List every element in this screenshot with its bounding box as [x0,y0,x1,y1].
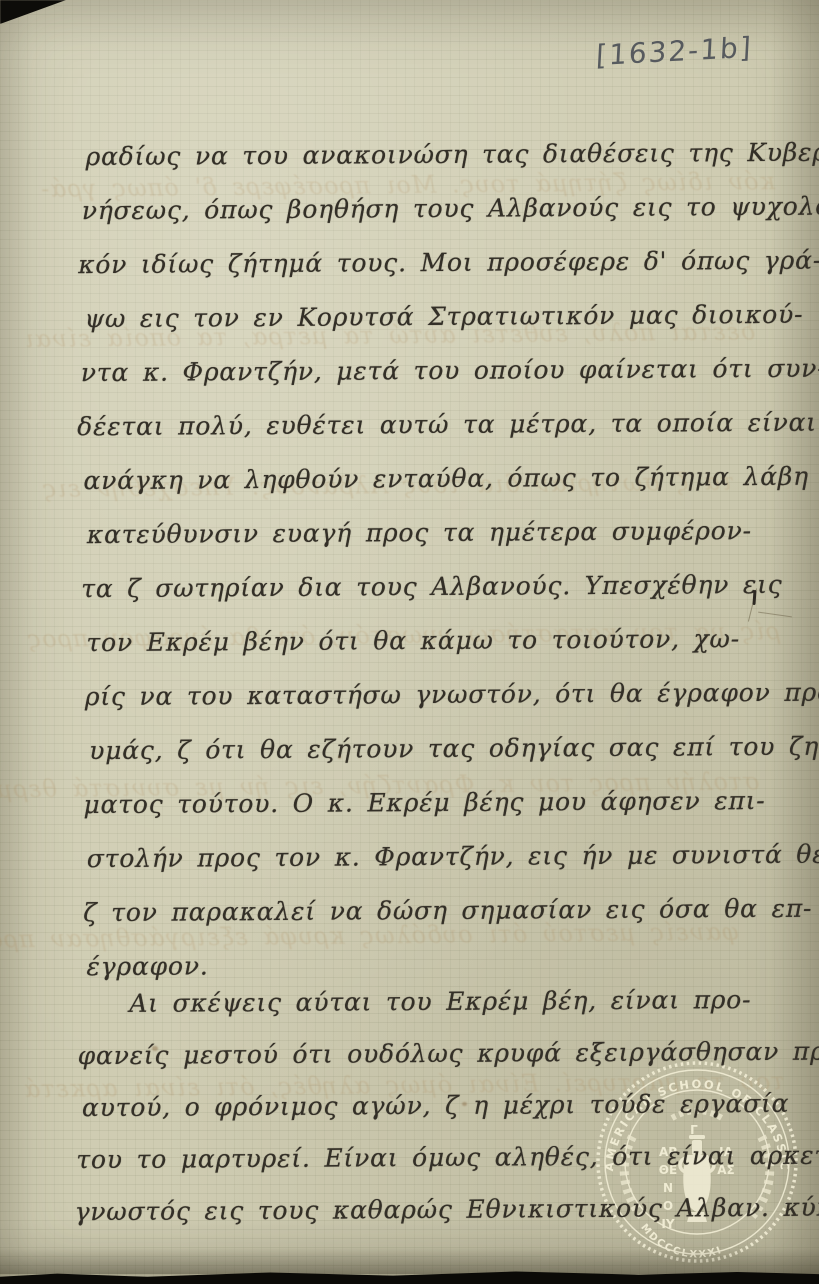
handwritten-line: Αι σκέψεις αύται του Εκρέμ βέη, είναι πρ… [129,974,783,1030]
handwritten-line: κόν ιδίως ζήτημά τους. Μοι προσέφερε δ' … [78,234,782,292]
archive-number: [1632-1b] [595,29,786,72]
handwritten-line: κατεύθυνσιν ευαγή προς τα ημέτερα συμφέρ… [87,504,784,562]
handwritten-line: στολήν προς τον κ. Φραντζήν, εις ήν με σ… [87,828,786,886]
handwritten-line: ψω εις τον εν Κορυτσά Στρατιωτικόν μας δ… [84,288,782,346]
ink-dash-mark [752,590,756,605]
handwritten-line: του το μαρτυρεί. Είναι όμως αληθές, ότι … [76,1130,784,1186]
handwritten-line: ντα κ. Φραντζήν, μετά του οποίου φαίνετα… [81,342,783,400]
paragraph-1: ραδίως να του ανακοινώση τας διαθέσεις τ… [81,126,786,994]
foxing-spot [462,1102,467,1106]
handwritten-line: αυτού, ο φρόνιμος αγών, ζ η μέχρι τούδε … [82,1078,784,1134]
handwritten-line: φανείς μεστού ότι ουδόλως κρυφά εξειργάσ… [78,1026,784,1082]
paragraph-2: Αι σκέψεις αύται του Εκρέμ βέη, είναι πρ… [83,974,785,1238]
bottom-edge-shadow [0,1248,819,1274]
handwritten-line: ραδίως να του ανακοινώση τας διαθέσεις τ… [85,126,781,184]
foxing-spot [152,1046,158,1051]
handwritten-line: τα ζ σωτηρίαν δια τους Αλβανούς. Υπεσχέθ… [81,558,784,616]
handwritten-line: ρίς να του καταστήσω γνωστόν, ότι θα έγρ… [85,666,785,724]
foxing-spot [338,756,341,759]
handwritten-line: ζ τον παρακαλεί να δώση σημασίαν εις όσα… [83,882,786,940]
handwritten-line: υμάς, ζ ότι θα εζήτουν τας οδηγίας σας ε… [89,720,785,778]
paper-crease [742,584,802,664]
scan-corner-shadow [0,0,66,24]
handwritten-line: δέεται πολύ, ευθέτει αυτώ τα μέτρα, τα ο… [77,396,783,454]
handwritten-line: τον Εκρέμ βέην ότι θα κάμω το τοιούτον, … [86,612,784,670]
manuscript-page: κόν ιδίως ζήτημά τους. Μοι προσέφερε δ' … [0,0,819,1284]
handwritten-line: νήσεως, όπως βοηθήση τους Αλβανούς εις τ… [82,180,782,238]
handwritten-line: ανάγκη να ληφθούν ενταύθα, όπως το ζήτημ… [83,450,783,508]
handwritten-line: ματος τούτου. Ο κ. Εκρέμ βέης μου άφησεν… [83,774,785,832]
handwritten-line: γνωστός εις τους καθαρώς Εθνικιστικούς Α… [74,1182,784,1238]
